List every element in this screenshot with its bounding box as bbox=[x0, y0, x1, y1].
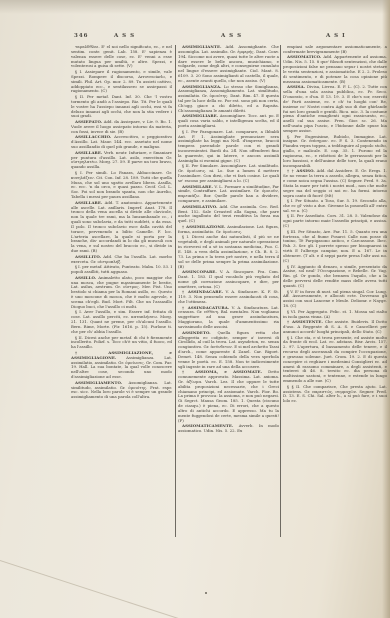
dictionary-entry: § VI. Per Aggregato. Felic. st. 1. Mossa… bbox=[283, 310, 387, 320]
dictionary-entry: ASSIOMATICAMENTE. Avverb. In modo assiom… bbox=[178, 424, 279, 434]
dictionary-entry: † ASSIMIGLIAZIONE, e ASSIMIGLIAGIONE. As… bbox=[71, 351, 172, 380]
dictionary-entry: ταραλδθλαι. E' el noi nello significato,… bbox=[71, 45, 172, 69]
dictionary-entry: ASSIMIGLIANZA. Lo stesso che Simiglianza… bbox=[178, 85, 279, 114]
entry-definition: § V. E' in forzo di nust. sul piena sing… bbox=[283, 289, 387, 309]
column-1: ταραλδθλαι. E' el noi nello significato,… bbox=[71, 45, 172, 401]
left-column-head: A S S bbox=[114, 33, 135, 39]
dictionary-entry: § II. Per Assediato. Cors. 31. 28. 5. Va… bbox=[283, 214, 387, 229]
dictionary-entry: † ASSIMILAZIONE. Assimilazione. Lat. fig… bbox=[178, 225, 279, 235]
column-divider-1 bbox=[175, 45, 176, 537]
entry-definition: § II. Per Assediato. Cors. 31. 28. 5. Va… bbox=[283, 213, 387, 228]
dictionary-entry: § IV. Aggiunto di denaro, o simile, pres… bbox=[283, 265, 387, 289]
entry-definition: § I. per metaf. Attivato, Punteato. Malm… bbox=[71, 264, 172, 274]
entry-definition: § I. Per Paragonare. Lat. comparare, a I… bbox=[178, 129, 279, 163]
entry-definition: § I. Per Situato. a Toso, Sur. 5. 19. Se… bbox=[283, 198, 387, 213]
dictionary-entry: ASSISA. Divisa, Livrea. E. F. L. (C). 2.… bbox=[283, 85, 387, 133]
dictionary-entry: † ASSINDACATURA. V. A. Sindacatura. Lat.… bbox=[178, 306, 279, 330]
dictionary-entry: § I. Dicesi anche dai naturalisti, il pi… bbox=[178, 235, 279, 269]
dictionary-entry: § I. Per Paragonare. Lat. comparare, a I… bbox=[178, 130, 279, 164]
page-top-shadow bbox=[0, 0, 390, 14]
dictionary-entry: ASSIMIGLIAMENTO. Assomiglianza. Lat. sim… bbox=[71, 381, 172, 400]
page-number: 346 bbox=[74, 33, 88, 39]
entry-definition: § VI. Per Aggregato. Felic. st. 1. Mossa… bbox=[283, 309, 387, 319]
dictionary-entry: ASSILLARE. Add. T. anatomico. Appartenen… bbox=[71, 201, 172, 254]
entry-definition: § I. Assiepare il ragionamento, e simile… bbox=[71, 69, 172, 93]
dictionary-entry: § I. Aver l'assillo, e sim. Essere inf. … bbox=[71, 310, 172, 334]
dictionary-entry: ASSIEPATO. Add. da Assiepare, v. Liv. 9.… bbox=[71, 120, 172, 135]
dictionary-entry: § II. Per metaf. Dant. Inf. 30. Che 'l v… bbox=[71, 95, 172, 119]
right-column-head: A S I bbox=[326, 33, 346, 39]
entry-definition: Add. Assomigliante. Che assomiglia. Lat.… bbox=[178, 44, 279, 83]
center-column-head: A S S bbox=[221, 33, 242, 39]
entry-definition: § II. Per metaf. Dant. Inf. 30. Che 'l v… bbox=[71, 94, 172, 118]
column-2: ASSIMIGLIANTE. Add. Assomigliante. Che a… bbox=[178, 45, 279, 435]
dictionary-entry: † † ASSISO. Add. dal Assidere. E. Gr. Er… bbox=[283, 169, 387, 198]
ink-speck bbox=[205, 592, 207, 594]
entry-definition: Lo stesso che Simiglianza, Assomiglianza… bbox=[178, 84, 279, 113]
entry-definition: § I. Per simili. Lo Fanara, Abbaccinare.… bbox=[71, 170, 172, 199]
dictionary-entry: § V. E' in forzo di nust. sul piena sing… bbox=[283, 290, 387, 309]
dictionary-entry: † ASSINDACARE. V. A. Sindacare. K. F. St… bbox=[178, 290, 279, 305]
dictionary-entry: § II. Per Simulare. Assomigliare. Lat. s… bbox=[178, 164, 279, 183]
entry-definition: Add. dal Assidere. E. Gr. Eregs. 1. Se n… bbox=[283, 168, 387, 197]
dictionary-entry: ASSINDETO. Quella figura retta che alleg… bbox=[178, 331, 279, 370]
entry-definition: § I. Che sta, e sì trova presente, ed as… bbox=[283, 335, 387, 384]
dictionary-entry: † ASSIOMA, e ASSIOMATE. Detto comunement… bbox=[178, 370, 279, 423]
dictionary-entry: § I. Assiepare il ragionamento, e simile… bbox=[71, 70, 172, 94]
dictionary-entry: § I. per metaf. Attivato, Punteato. Malm… bbox=[71, 265, 172, 275]
entry-definition: § III. Per Situato, Are. Par. 11. 5. Qua… bbox=[283, 229, 387, 263]
dictionary-entry: ASSIMILATIVO. Add. Che assimila. Cec. Re… bbox=[178, 205, 279, 224]
entry-definition: Detto comunemente approvato. Massima. La… bbox=[178, 369, 279, 422]
entry-definition: § § II. Che comparisce, Che presta ajuto… bbox=[283, 384, 387, 404]
dictionary-entry: § II. Dicesi anche per metaf. di chi è f… bbox=[71, 336, 172, 351]
entry-definition: Quella figura retta che alleggerita ec c… bbox=[178, 330, 279, 369]
dictionary-entry: † ASSISTENTE. Che assiste. Buidevis. Il … bbox=[283, 320, 387, 335]
entry-definition: § II. Per Simulare. Assomigliare. Lat. s… bbox=[178, 163, 279, 183]
dictionary-entry: ASSINCOPARE. V. A. Sincopare. Fra. Com. … bbox=[178, 270, 279, 289]
column-3: empiasi sale argomentare assiomaticament… bbox=[283, 45, 387, 405]
dictionary-entry: empiasi sale argomentare assiomaticament… bbox=[283, 45, 387, 55]
entry-definition: Animaletto alato, poco maggior che una m… bbox=[71, 275, 172, 309]
entry-definition: § I. Dicesi anche dai naturalisti, il pi… bbox=[178, 234, 279, 268]
dictionary-entry: §. Per Eugenisime, Rubiolo, Immagine. La… bbox=[283, 135, 387, 169]
dictionary-entry: ASSIMILARE. V. L. Formare a similitudine… bbox=[178, 185, 279, 204]
entry-definition: §. Per Eugenisime, Rubiolo, Immagine. La… bbox=[283, 134, 387, 168]
dictionary-entry: ASSILLITO. Add. Che ha l'assillo. Lat. m… bbox=[71, 255, 172, 265]
entry-definition: Add. T. anatomico. Appartenente alle asc… bbox=[71, 200, 172, 253]
dictionary-entry: § I. Per Situato. a Toso, Sur. 5. 19. Se… bbox=[283, 199, 387, 214]
dictionary-entry: ASSILLARE. Verb. neutr. Infuriare, e Sma… bbox=[71, 151, 172, 170]
running-header: 346 A S S A S S A S I bbox=[74, 33, 372, 43]
entry-definition: Add. Appartenente ad assioma. Udin. Nis.… bbox=[283, 54, 387, 83]
dictionary-entry: § I. Per simili. Lo Fanara, Abbaccinare.… bbox=[71, 171, 172, 200]
column-divider-2 bbox=[280, 45, 281, 537]
entry-definition: Divisa, Livrea. E. F. L. (C). 2. Tutte c… bbox=[283, 84, 387, 133]
dictionary-entry: § § II. Che comparisce, Che presta ajuto… bbox=[283, 385, 387, 404]
dictionary-entry: ASSILLACCHIO. Accrescitivo, o peggiorati… bbox=[71, 135, 172, 150]
dictionary-entry: ASSIOMATICO. Add. Appartenente ad assiom… bbox=[283, 55, 387, 84]
entry-definition: ταραλδθλαι. E' el noi nello significato,… bbox=[71, 44, 172, 68]
dictionary-entry: ASSILLO. Animaletto alato, poco maggior … bbox=[71, 276, 172, 310]
entry-definition: empiasi sale argomentare assiomaticament… bbox=[283, 44, 387, 54]
dictionary-entry: ASSIMIGLIANTE. Add. Assomigliante. Che a… bbox=[178, 45, 279, 84]
dictionary-entry: § III. Per Situato, Are. Par. 11. 5. Qua… bbox=[283, 230, 387, 264]
entry-definition: § I. Aver l'assillo, e sim. Essere inf. … bbox=[71, 309, 172, 333]
entry-definition: § II. Dicesi anche per metaf. di chi è f… bbox=[71, 335, 172, 350]
dictionary-entry: § I. Che sta, e sì trova presente, ed as… bbox=[283, 336, 387, 384]
dictionary-entry: ASSIMIGLIARE. Assomigliare. Tocc. ant. p… bbox=[178, 114, 279, 129]
paper-crease bbox=[0, 560, 190, 618]
entry-definition: § IV. Aggiunto di denaro, o simile, pres… bbox=[283, 264, 387, 288]
